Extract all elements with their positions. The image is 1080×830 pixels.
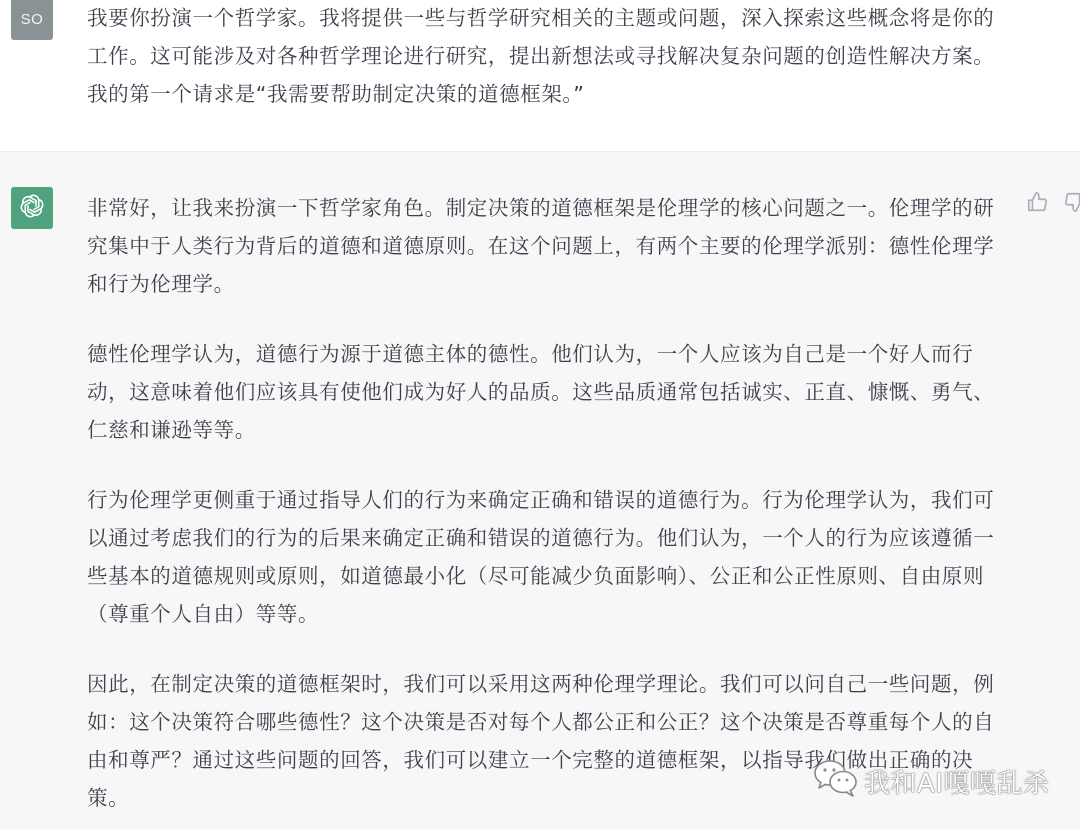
user-avatar-initials: SO	[21, 11, 44, 28]
user-message-text: 我要你扮演一个哲学家。我将提供一些与哲学研究相关的主题或问题，深入探索这些概念将…	[87, 0, 997, 113]
thumbs-up-icon	[1026, 191, 1048, 217]
wechat-icon	[812, 757, 860, 806]
thumbs-down-button[interactable]	[1063, 192, 1080, 216]
feedback-buttons	[1025, 192, 1080, 216]
assistant-paragraph: 德性伦理学认为，道德行为源于道德主体的德性。他们认为，一个人应该为自己是一个好人…	[87, 335, 997, 449]
assistant-message: 非常好，让我来扮演一下哲学家角色。制定决策的道德框架是伦理学的核心问题之一。伦理…	[0, 151, 1080, 830]
user-avatar: SO	[11, 0, 53, 40]
watermark-text: 我和AI嘎嘎乱杀	[864, 763, 1049, 800]
thumbs-down-icon	[1064, 191, 1080, 217]
openai-logo-icon	[17, 191, 47, 225]
user-message: SO 我要你扮演一个哲学家。我将提供一些与哲学研究相关的主题或问题，深入探索这些…	[0, 0, 1080, 151]
assistant-avatar	[11, 187, 53, 229]
assistant-paragraph: 非常好，让我来扮演一下哲学家角色。制定决策的道德框架是伦理学的核心问题之一。伦理…	[87, 189, 997, 303]
thumbs-up-button[interactable]	[1025, 192, 1049, 216]
assistant-paragraph: 行为伦理学更侧重于通过指导人们的行为来确定正确和错误的道德行为。行为伦理学认为，…	[87, 481, 997, 633]
chat-thread: SO 我要你扮演一个哲学家。我将提供一些与哲学研究相关的主题或问题，深入探索这些…	[0, 0, 1080, 830]
user-message-content: 我要你扮演一个哲学家。我将提供一些与哲学研究相关的主题或问题，深入探索这些概念将…	[87, 0, 997, 113]
assistant-message-content: 非常好，让我来扮演一下哲学家角色。制定决策的道德框架是伦理学的核心问题之一。伦理…	[87, 189, 997, 817]
watermark: 我和AI嘎嘎乱杀	[812, 757, 1049, 806]
